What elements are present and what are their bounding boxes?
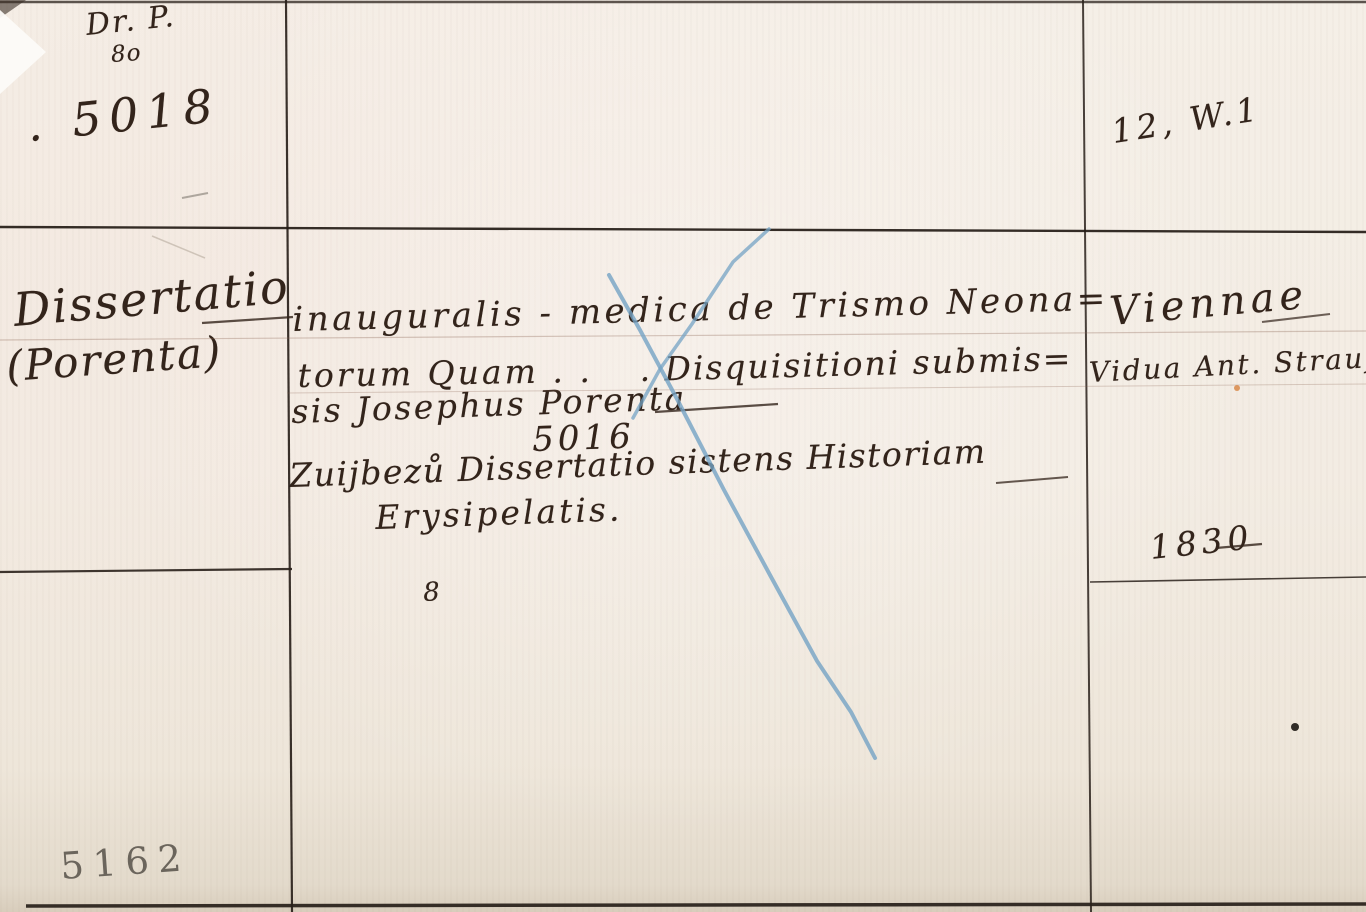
shelfmark: 12, W.1 — [1109, 89, 1264, 152]
place-of-publication: Viennae — [1108, 271, 1310, 336]
corner-shadow — [0, 0, 26, 18]
publisher: Vidua Ant. Straufs — [1088, 340, 1366, 390]
author-heading-qualifier: (Porenta) — [4, 327, 224, 392]
press-mark-line2: 8o — [110, 40, 142, 70]
catalog-card-paper: Dr. P. 8o . 5018 12, W.1 Dissertatio (Po… — [0, 0, 1366, 912]
grid-horizontal-left-cell — [0, 569, 292, 572]
black-speck — [1291, 723, 1299, 731]
pencil-scratch — [182, 193, 208, 198]
accession-number: . 5018 — [24, 78, 223, 153]
pencil-number: 5162 — [59, 836, 192, 889]
grid-horizontal-right-cell — [1090, 577, 1366, 582]
format-mark: 8 — [422, 577, 440, 609]
note-line-2: Erysipelatis. — [375, 489, 623, 537]
author-heading: Dissertatio — [11, 259, 292, 338]
title-line-2b: . Disquisitioni submis= — [639, 339, 1073, 390]
grid-vertical-right — [1083, 0, 1091, 912]
note-line-1: Zuijbezů Dissertatio sistens Historiam — [289, 432, 988, 496]
title-line-1: inauguralis - medica de Trismo Neona= — [292, 279, 1109, 341]
faint-scratch — [152, 236, 205, 258]
note-line-1-trailing-dash — [996, 477, 1068, 483]
grid-horizontal-top — [0, 227, 1366, 232]
left-edge-white-wedge — [0, 10, 46, 94]
orange-speck — [1234, 385, 1240, 391]
publication-year: 1830 — [1148, 517, 1256, 567]
card-bottom-edge — [26, 904, 1366, 906]
press-mark-line1: Dr. P. — [84, 0, 177, 44]
